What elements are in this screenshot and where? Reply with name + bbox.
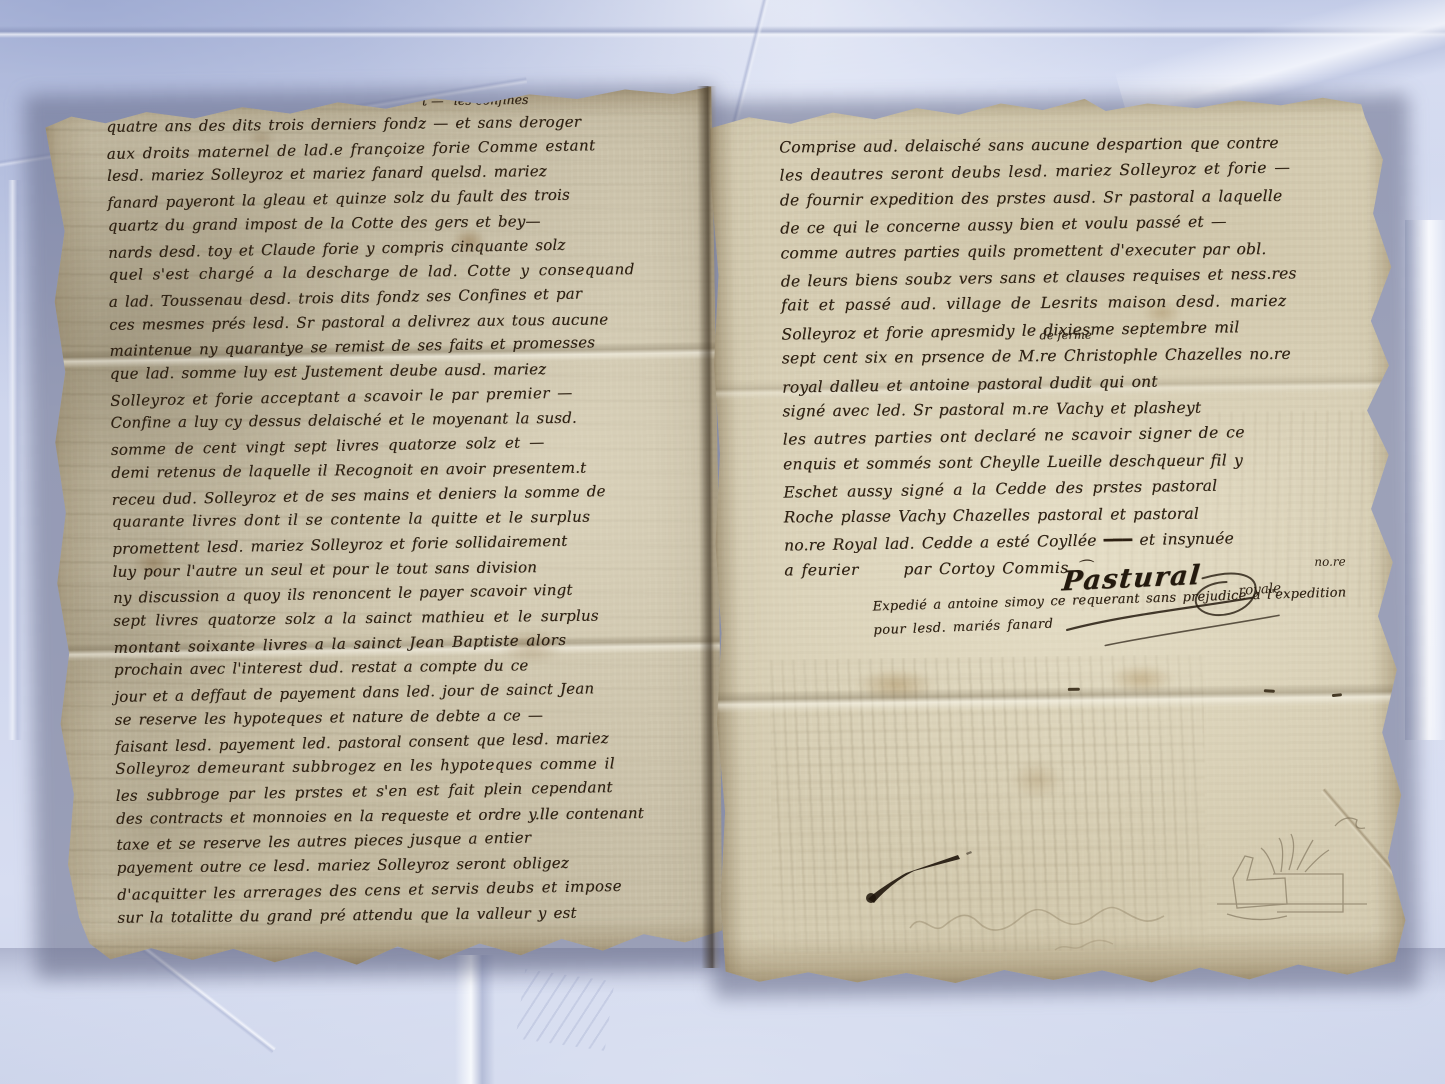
fold-crease xyxy=(714,683,1414,714)
paper-slit xyxy=(1068,688,1080,691)
stain xyxy=(246,128,276,148)
scribble-stroke xyxy=(1055,940,1113,950)
pencil-doodle xyxy=(1215,808,1400,973)
stain xyxy=(856,668,936,702)
smear-speck xyxy=(966,851,972,855)
stain xyxy=(132,548,174,578)
signature-subscript: royale xyxy=(1238,580,1282,599)
signature-superscript: no.re xyxy=(1314,555,1346,569)
paper-slit xyxy=(1264,689,1275,693)
ghost-scribble xyxy=(905,888,1195,968)
manuscript-photo: t —ˆ les confines quatre ans des dits tr… xyxy=(0,0,1445,1084)
paraph-stroke xyxy=(1105,615,1279,645)
manuscript-left-page: t —ˆ les confines quatre ans des dits tr… xyxy=(30,81,726,970)
stain xyxy=(1010,760,1064,800)
handwritten-text-block: quatre ans des dits trois derniers fondz… xyxy=(106,107,717,931)
stain xyxy=(452,228,486,254)
stain xyxy=(1108,664,1174,694)
doodle-strokes xyxy=(1217,818,1367,920)
handwritten-text-block: Comprise aud. delaisché sans aucune desp… xyxy=(779,128,1404,584)
notary-signature-block: Pastural no.re royale xyxy=(1052,546,1393,670)
stain xyxy=(1142,300,1182,326)
scribble-stroke xyxy=(910,908,1164,931)
stain xyxy=(498,628,564,664)
smear-blob xyxy=(866,893,876,903)
paper-slit xyxy=(1332,693,1342,697)
